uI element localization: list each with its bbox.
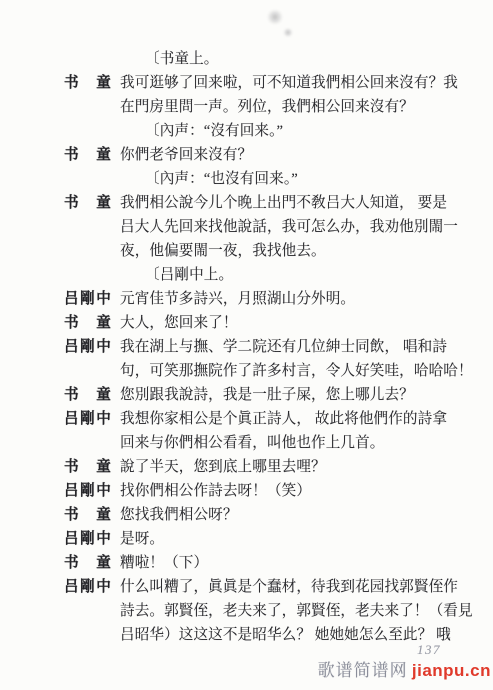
speaker-column-spacer [64, 623, 111, 647]
speaker-column-spacer [64, 599, 111, 623]
dialogue-text: 詩去。郭賢侄，老夫来了，郭賢侄，老夫来了！（看見 [120, 599, 473, 623]
dialogue-text: 我們相公說今儿个晚上出門不敎吕大人知道， 要是 [120, 191, 459, 215]
dialogue-line: 书童 我們相公說今儿个晚上出門不敎吕大人知道， 要是 [64, 191, 459, 215]
dialogue-text: 您找我們相公呀？ [120, 503, 459, 527]
dialogue-line: 书童 說了半天，您到底上哪里去哩？ [64, 455, 459, 479]
dialogue-text: 什么叫糟了，眞眞是个蠢材，待我到花园找郭賢侄作 [120, 575, 459, 599]
speaker-label: 书童 [64, 191, 111, 215]
dialogue-line: 吕剛中 找你們相公作詩去呀！（笑） [64, 479, 459, 503]
speaker-column-spacer [64, 119, 111, 143]
dialogue-line: 夜，他偏要閙一夜，我找他去。 [64, 239, 459, 263]
dialogue-text: 您別跟我說詩，我是一肚子屎，您上哪儿去？ [120, 383, 459, 407]
dialogue-text: 我在湖上与撫、学二院还有几位紳士同飲， 唱和詩 [120, 335, 459, 359]
dialogue-text: 我可逛够了回来啦，可不知道我們相公回来沒有？我 [120, 71, 459, 95]
speaker-label: 吕剛中 [64, 407, 111, 431]
speaker-column-spacer [64, 167, 111, 191]
speaker-column-spacer [64, 95, 111, 119]
dialogue-text: 是呀。 [120, 527, 459, 551]
dialogue-text: 元宵佳节多詩兴，月照湖山分外明。 [120, 287, 459, 311]
watermark: 歌谱简谱网 jianpu.cn [318, 656, 491, 681]
scan-artifact [283, 28, 293, 37]
dialogue-line: 书童 你們老爷回来沒有？ [64, 143, 459, 167]
dialogue-line: 詩去。郭賢侄，老夫来了，郭賢侄，老夫来了！（看見 [64, 599, 459, 623]
dialogue-line: 句，可笑那撫院作了許多村言，令人好笑哇，哈哈哈！ [64, 359, 459, 383]
dialogue-line: 吕剛中 是呀。 [64, 527, 459, 551]
speaker-column-spacer [64, 239, 111, 263]
dialogue-line: 书童 大人，您回来了！ [64, 311, 459, 335]
dialogue-line: 书童 我可逛够了回来啦，可不知道我們相公回来沒有？我 [64, 71, 459, 95]
speaker-label: 书童 [64, 71, 111, 95]
dialogue-line: 在門房里問一声。列位，我們相公回来沒有？ [64, 95, 459, 119]
speaker-label: 吕剛中 [64, 479, 111, 503]
speaker-column-spacer [64, 431, 111, 455]
speaker-label: 书童 [64, 503, 111, 527]
speaker-label: 吕剛中 [64, 335, 111, 359]
dialogue-text: 回来与你們相公看看，叫他也作上几首。 [120, 431, 459, 455]
stage-direction-text: 〔吕剛中上。 [120, 263, 459, 287]
dialogue-line: 吕剛中 元宵佳节多詩兴，月照湖山分外明。 [64, 287, 459, 311]
watermark-site-name: 歌谱简谱网 [318, 661, 408, 680]
speaker-label: 书童 [64, 551, 111, 575]
dialogue-line: 吕剛中 我在湖上与撫、学二院还有几位紳士同飲， 唱和詩 [64, 335, 459, 359]
dialogue-line: 书童 糟啦！（下） [64, 551, 459, 575]
dialogue-text: 糟啦！（下） [120, 551, 459, 575]
dialogue-text: 你們老爷回来沒有？ [120, 143, 459, 167]
dialogue-text: 吕大人先回来找他說話，我可怎么办，我劝他別閙一 [120, 215, 459, 239]
stage-direction-text: 〔书童上。 [120, 47, 459, 71]
stage-direction: 〔內声：“也沒有回来。” [64, 167, 459, 191]
dialogue-text: 在門房里問一声。列位，我們相公回来沒有？ [120, 95, 459, 119]
dialogue-text: 我想你家相公是个眞正詩人， 故此将他們作的詩拿 [120, 407, 459, 431]
dialogue-line: 吕剛中 什么叫糟了，眞眞是个蠢材，待我到花园找郭賢侄作 [64, 575, 459, 599]
dialogue-line: 回来与你們相公看看，叫他也作上几首。 [64, 431, 459, 455]
speaker-label: 书童 [64, 455, 111, 479]
speaker-column-spacer [64, 215, 111, 239]
dialogue-line: 书童 您別跟我說詩，我是一肚子屎，您上哪儿去？ [64, 383, 459, 407]
dialogue-line: 吕剛中 我想你家相公是个眞正詩人， 故此将他們作的詩拿 [64, 407, 459, 431]
dialogue-text: 吕昭华）这这这不是昭华么？ 她她她怎么至此？ 哦 [120, 623, 459, 647]
script-body: 〔书童上。 书童 我可逛够了回来啦，可不知道我們相公回来沒有？我 在門房里問一声… [64, 47, 459, 647]
stage-direction-text: 〔內声：“沒有回来。” [120, 119, 459, 143]
stage-direction-text: 〔內声：“也沒有回来。” [120, 167, 459, 191]
dialogue-text: 說了半天，您到底上哪里去哩？ [120, 455, 459, 479]
dialogue-text: 大人，您回来了！ [120, 311, 459, 335]
scanned-script-page: 〔书童上。 书童 我可逛够了回来啦，可不知道我們相公回来沒有？我 在門房里問一声… [0, 0, 493, 690]
speaker-label: 书童 [64, 383, 111, 407]
speaker-label: 书童 [64, 143, 111, 167]
speaker-label: 吕剛中 [64, 575, 111, 599]
stage-direction: 〔书童上。 [64, 47, 459, 71]
speaker-label: 书童 [64, 311, 111, 335]
dialogue-line: 书童 您找我們相公呀？ [64, 503, 459, 527]
dialogue-text: 句，可笑那撫院作了許多村言，令人好笑哇，哈哈哈！ [120, 359, 473, 383]
dialogue-line: 吕大人先回来找他說話，我可怎么办，我劝他別閙一 [64, 215, 459, 239]
scan-artifact [266, 10, 284, 24]
speaker-column-spacer [64, 263, 111, 287]
speaker-column-spacer [64, 47, 111, 71]
dialogue-line: 吕昭华）这这这不是昭华么？ 她她她怎么至此？ 哦 [64, 623, 459, 647]
speaker-label: 吕剛中 [64, 527, 111, 551]
stage-direction: 〔內声：“沒有回来。” [64, 119, 459, 143]
speaker-column-spacer [64, 359, 111, 383]
watermark-domain: jianpu.cn [412, 661, 491, 680]
dialogue-text: 找你們相公作詩去呀！（笑） [120, 479, 459, 503]
stage-direction: 〔吕剛中上。 [64, 263, 459, 287]
dialogue-text: 夜，他偏要閙一夜，我找他去。 [120, 239, 459, 263]
speaker-label: 吕剛中 [64, 287, 111, 311]
